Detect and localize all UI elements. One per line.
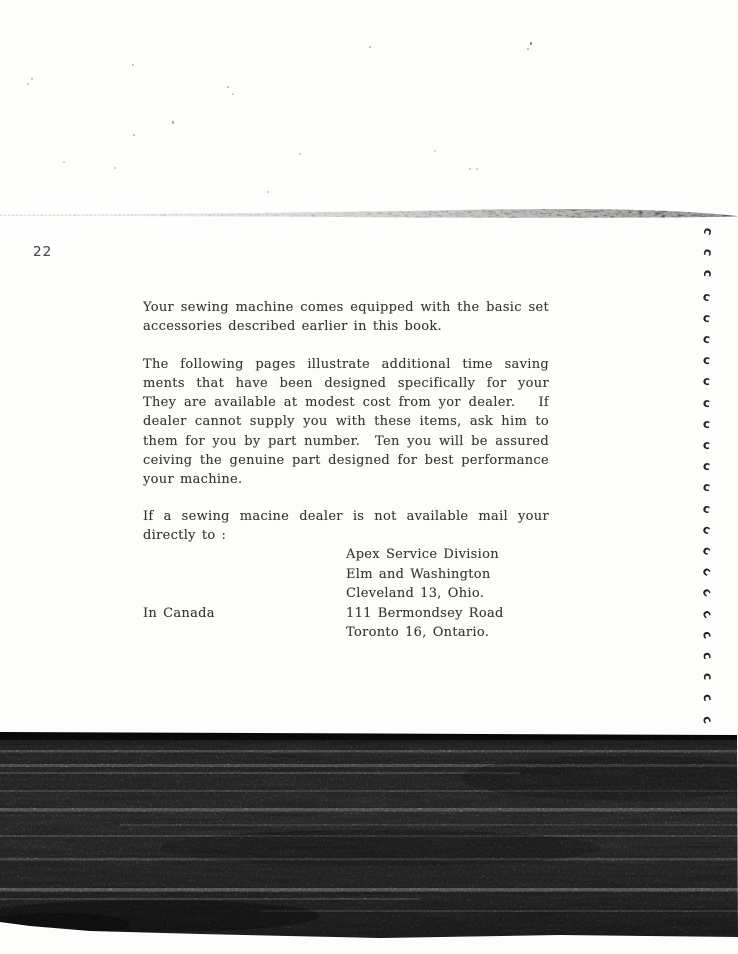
- scan-artifact-top-smudge: [0, 202, 738, 228]
- binding-coil-mark: c: [700, 564, 715, 580]
- paragraph-intro: Your sewing machine comes equipped with …: [143, 298, 549, 337]
- text-line: If a sewing macine dealer is not availab…: [143, 507, 549, 526]
- text-line: your machine.: [143, 470, 549, 489]
- text-line: ments that have been designed specifical…: [143, 374, 549, 393]
- scanned-manual-page: 22 Your sewing machine comes equipped wi…: [0, 0, 738, 954]
- binding-coil-mark: c: [701, 714, 716, 728]
- dust-speck: [27, 83, 29, 85]
- binding-coil-mark: c: [702, 396, 713, 409]
- canada-row: In Canada 111 Bermondsey RoadToronto 16,…: [143, 604, 549, 643]
- dust-speck: [114, 167, 116, 169]
- dust-speck: [527, 48, 529, 50]
- text-line: dealer cannot supply you with these item…: [143, 412, 549, 431]
- dust-speck: [227, 86, 229, 88]
- text-line: Cleveland 13, Ohio.: [346, 584, 549, 603]
- dust-speck: [63, 161, 65, 163]
- binding-coil-mark: c: [702, 481, 714, 495]
- text-line: Your sewing machine comes equipped with …: [143, 298, 549, 317]
- binding-coil-mark: c: [701, 693, 715, 705]
- text-line: Apex Service Division: [346, 545, 549, 564]
- dust-speck: [469, 168, 471, 170]
- binding-coil-mark: c: [702, 311, 714, 325]
- dust-speck: [232, 93, 234, 95]
- address-us: Apex Service DivisionElm and Washington …: [346, 545, 549, 603]
- dust-speck: [267, 191, 269, 193]
- page-number: 22: [33, 244, 52, 260]
- canada-label: In Canada: [143, 604, 346, 623]
- dust-speck: [369, 46, 371, 48]
- binding-coil-mark: c: [702, 439, 713, 452]
- dust-speck: [476, 168, 478, 170]
- text-line: Elm and Washington Streets,: [346, 565, 549, 584]
- text-line: accessories described earlier in this bo…: [143, 317, 549, 336]
- dust-speck: [530, 42, 532, 45]
- binding-coil-mark: c: [701, 543, 715, 558]
- text-line: ceiving the genuine part designed for be…: [143, 451, 549, 470]
- binding-coil-mark: c: [700, 607, 715, 622]
- binding-coil-mark: c: [701, 651, 715, 663]
- address-canada: 111 Bermondsey RoadToronto 16, Ontario.: [346, 604, 549, 643]
- binding-coil-mark: c: [702, 290, 715, 304]
- binding-coil-marks: cccccccccccccccccccccccc: [701, 227, 715, 732]
- binding-coil-mark: c: [702, 673, 714, 683]
- text-line: Toronto 16, Ontario.: [346, 623, 549, 642]
- binding-coil-mark: c: [702, 460, 714, 473]
- binding-coil-mark: c: [701, 522, 715, 537]
- paragraph-attachments: The following pages illustrate additiona…: [143, 355, 549, 490]
- text-column: Your sewing machine comes equipped with …: [143, 298, 549, 643]
- binding-coil-mark: c: [702, 270, 715, 281]
- scan-artifact-bottom-band: [0, 728, 738, 940]
- binding-coil-mark: c: [702, 354, 713, 367]
- binding-coil-mark: c: [702, 332, 714, 345]
- text-line: them for you by part number. Ten you wil…: [143, 432, 549, 451]
- binding-coil-mark: c: [702, 375, 713, 388]
- dust-speck: [434, 150, 436, 152]
- binding-coil-mark: c: [700, 586, 716, 601]
- text-line: 111 Bermondsey Road: [346, 604, 549, 623]
- binding-coil-mark: c: [702, 502, 715, 516]
- binding-coil-mark: c: [702, 417, 713, 430]
- dust-speck: [299, 153, 301, 155]
- dust-speck: [132, 64, 134, 66]
- dust-speck: [172, 121, 174, 124]
- text-line: directly to :: [143, 526, 549, 545]
- dust-speck: [133, 134, 135, 136]
- binding-coil-mark: c: [701, 227, 715, 240]
- dust-speck: [31, 78, 33, 80]
- text-line: They are available at modest cost from y…: [143, 393, 549, 412]
- paragraph-inquiry: If a sewing macine dealer is not availab…: [143, 507, 549, 546]
- text-line: The following pages illustrate additiona…: [143, 355, 549, 374]
- binding-coil-mark: c: [701, 629, 716, 643]
- binding-coil-mark: c: [701, 248, 715, 260]
